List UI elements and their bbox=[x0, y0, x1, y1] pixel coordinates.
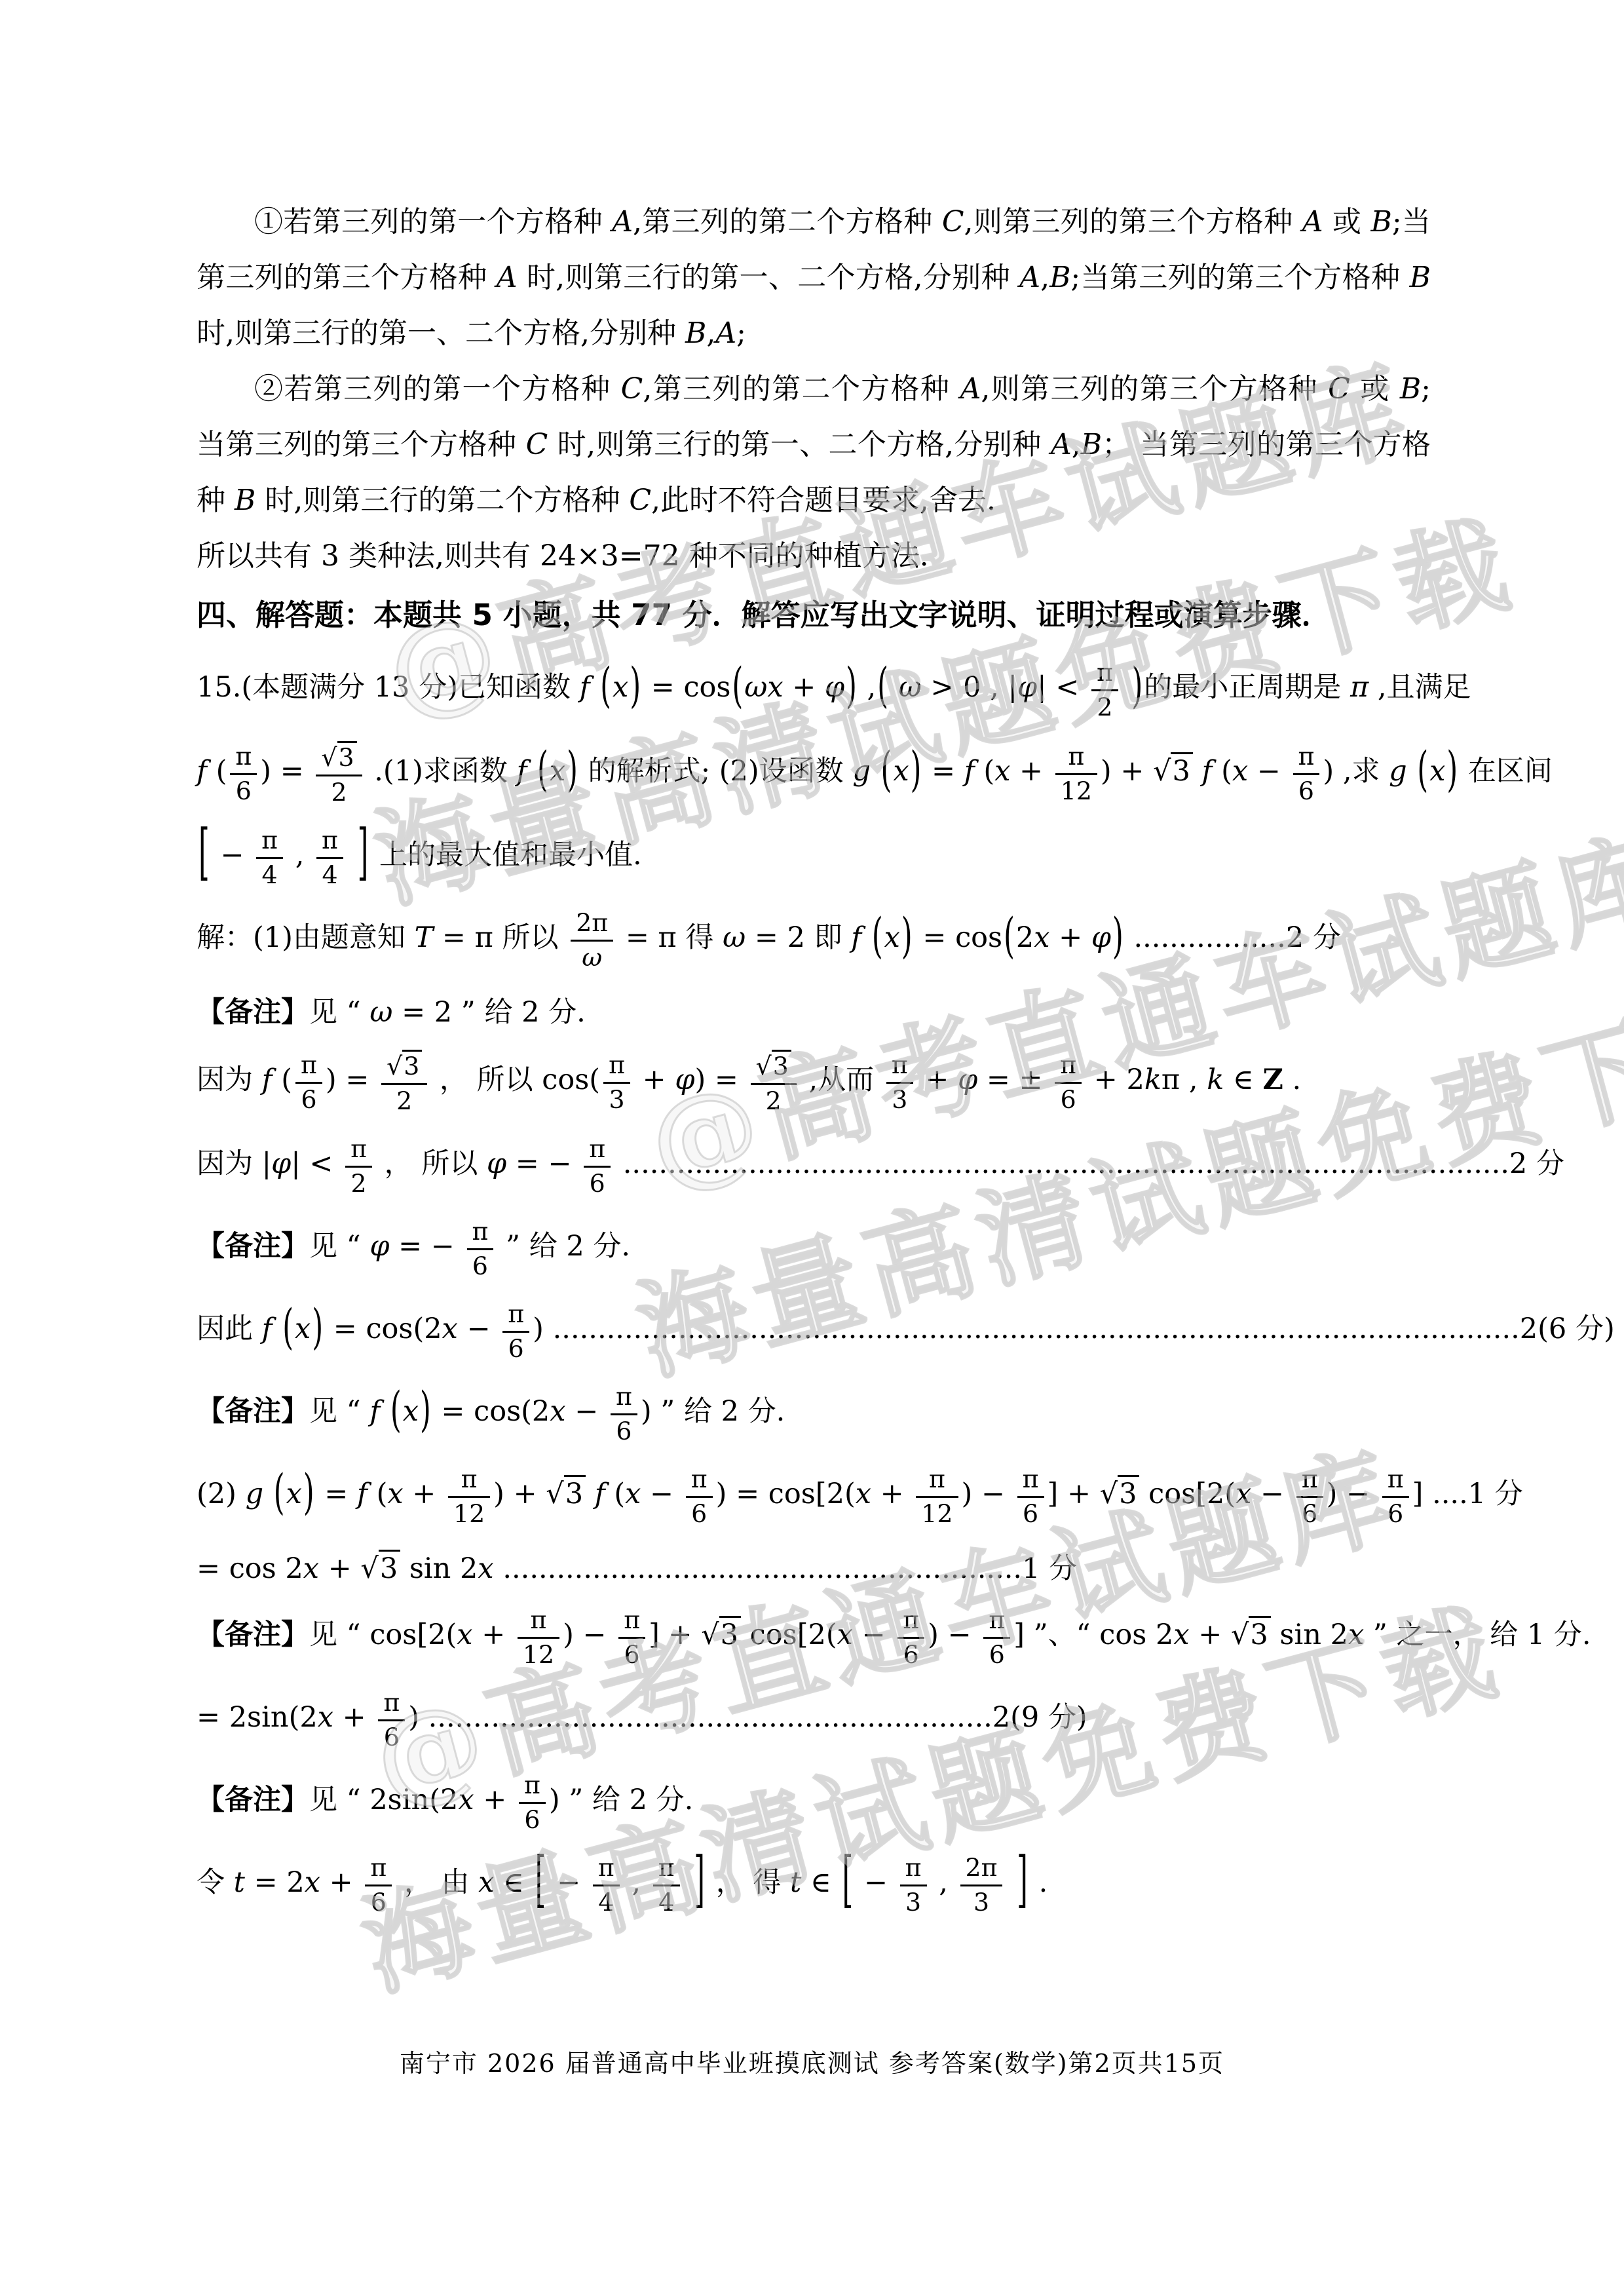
case-1-paragraph: ①若第三列的第一个方格种 A,第三列的第二个方格种 C,则第三列的第三个方格种 … bbox=[197, 194, 1431, 361]
case-count-conclusion: 所以共有 3 类种法,则共有 24×3=72 种不同的种植方法. bbox=[197, 528, 1431, 584]
q15-statement-line-2: f (π6) = √32 .(1)求函数 f (x) 的解析式; (2)设函数 … bbox=[197, 740, 1431, 807]
solution-step-fx: 因此 f (x) = cos(2x − π6) ................… bbox=[197, 1299, 1431, 1363]
page-footer: 南宁市 2026 届普通高中毕业班摸底测试 参考答案(数学)第2页共15页 bbox=[0, 2043, 1624, 2079]
case-2-paragraph: ②若第三列的第一个方格种 C,第三列的第二个方格种 A,则第三列的第三个方格种 … bbox=[197, 361, 1431, 528]
remark-2sin: 【备注】见 “ 2sin(2x + π6) ” 给 2 分. bbox=[197, 1770, 1431, 1834]
answer-sheet-page: ①若第三列的第一个方格种 A,第三列的第二个方格种 C,则第三列的第三个方格种 … bbox=[0, 0, 1624, 2296]
document-content: ①若第三列的第一个方格种 A,第三列的第二个方格种 C,则第三列的第三个方格种 … bbox=[197, 194, 1431, 1926]
solution-step-gx-expand: (2) g (x) = f (x + π12) + √3 f (x − π6) … bbox=[197, 1464, 1431, 1528]
section-4-heading: 四、解答题：本题共 5 小题，共 77 分．解答应写出文字说明、证明过程或演算步… bbox=[197, 585, 1431, 645]
remark-fx: 【备注】见 “ f (x) = cos(2x − π6) ” 给 2 分. bbox=[197, 1381, 1431, 1445]
remark-phi: 【备注】见 “ φ = − π6 ” 给 2 分. bbox=[197, 1216, 1431, 1280]
q15-statement-line-1: 15.(本题满分 13 分)已知函数 f (x) = cos(ωx + φ) ,… bbox=[197, 657, 1431, 721]
remark-omega: 【备注】见 “ ω = 2 ” 给 2 分. bbox=[197, 990, 1431, 1030]
remark-expand: 【备注】见 “ cos[2(x + π12) − π6] + √3 cos[2(… bbox=[197, 1605, 1431, 1669]
q15-statement-line-3: [ − π4 , π4 ] 上的最大值和最小值. bbox=[197, 825, 1431, 889]
solution-step-cos-phi: 因为 f (π6) = √32 ， 所以 cos(π3 + φ) = √32 ,… bbox=[197, 1048, 1431, 1115]
solution-step-cos-sin: = cos 2x + √3 sin 2x ...................… bbox=[197, 1546, 1431, 1586]
solution-step-phi: 因为 |φ| < π2 ， 所以 φ = − π6 ..............… bbox=[197, 1134, 1431, 1198]
solution-step-substitution: 令 t = 2x + π6 ， 由 x ∈ [ − π4 , π4 ] ， 得 … bbox=[197, 1852, 1431, 1917]
solution-step-2sin: = 2sin(2x + π6) ........................… bbox=[197, 1687, 1431, 1751]
solution-step-omega: 解：(1)由题意知 T = π 所以 2πω = π 得 ω = 2 即 f (… bbox=[197, 908, 1431, 972]
